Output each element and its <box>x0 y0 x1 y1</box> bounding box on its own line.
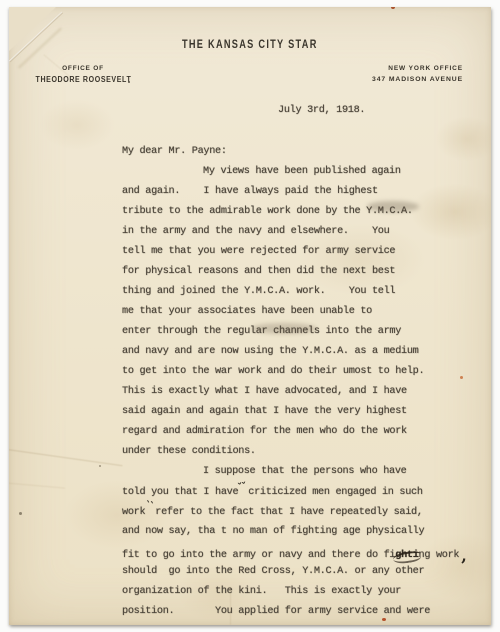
typed-line: should go into the Red Cross, Y.M.C.A. o… <box>122 562 492 582</box>
typed-text: work <box>122 507 145 518</box>
typed-text: ng work <box>419 550 460 561</box>
red-speck <box>391 5 395 9</box>
handwritten-mark: ghti <box>395 550 418 561</box>
typed-line: fit to go into the army or navy and ther… <box>122 542 492 562</box>
red-speck <box>460 376 463 379</box>
paper-crease <box>6 449 123 466</box>
typed-text: said again and again that I have the ver… <box>122 406 407 417</box>
paper-crease <box>5 482 65 488</box>
typed-text: me that your associates have been unable… <box>122 306 372 317</box>
typed-line: to get into the war work and do their um… <box>122 362 492 382</box>
typed-text: regard and admiration for the men who do… <box>122 426 407 437</box>
typed-text: I suppose that the persons who have <box>203 466 406 477</box>
typed-line: I suppose that the persons who have <box>122 462 492 482</box>
typed-text: and now say, tha t no man of fighting ag… <box>122 526 424 537</box>
ink-speck <box>19 512 22 515</box>
typed-text: and again. I have always paid the highes… <box>122 186 378 197</box>
ink-speck <box>128 81 130 83</box>
typed-line: thing and joined the Y.M.C.A. work. You … <box>122 282 492 302</box>
typed-text: should go into the Red Cross, Y.M.C.A. o… <box>122 566 424 577</box>
office-right-line2: 347 MADISON AVENUE <box>372 76 463 83</box>
typed-line: regard and admiration for the men who do… <box>122 422 492 442</box>
ink-smudge <box>251 323 317 334</box>
typed-text: told you that I have <box>122 487 238 498</box>
typed-line: in the army and the navy and elsewhere. … <box>122 222 492 242</box>
typed-text: in the army and the navy and elsewhere. … <box>122 226 389 237</box>
typed-text: to get into the war work and do their um… <box>122 366 424 377</box>
typed-text: under these conditions. <box>122 446 256 457</box>
ink-smudge <box>367 201 419 212</box>
typed-line: me that your associates have been unable… <box>122 302 492 322</box>
typed-text: My dear Mr. Payne: <box>122 146 227 157</box>
typed-line: position. You applied for army service a… <box>122 602 492 622</box>
typed-text: This is exactly what I have advocated, a… <box>122 386 407 397</box>
handwritten-mark: , <box>461 546 466 565</box>
typed-text: criticized men engaged in such <box>248 487 422 498</box>
typed-text: fit to go into the army or navy and ther… <box>122 550 395 561</box>
typed-line: under these conditions. <box>122 442 492 462</box>
office-left-block: OFFICE OF THEODORE ROOSEVELT <box>23 65 143 84</box>
typed-text: tell me that you were rejected for army … <box>122 246 395 257</box>
typed-line: organization of the kini. This is exactl… <box>122 582 492 602</box>
typed-text: refer to the fact that I have repeatedly… <box>155 507 422 518</box>
office-left-name: THEODORE ROOSEVELT <box>23 75 143 84</box>
typed-line: for physical reasons and then did the ne… <box>122 262 492 282</box>
typed-text: for physical reasons and then did the ne… <box>122 266 395 277</box>
red-speck <box>382 618 386 621</box>
typed-text: and navy and are now using the Y.M.C.A. … <box>122 346 419 357</box>
typed-text: My views have been published again <box>203 166 401 177</box>
office-left-label: OFFICE OF <box>23 65 143 72</box>
office-right-line1: NEW YORK OFFICE <box>372 65 463 72</box>
office-right-block: NEW YORK OFFICE 347 MADISON AVENUE <box>372 65 463 83</box>
typed-line: said again and again that I have the ver… <box>122 402 492 422</box>
typed-line: and again. I have always paid the highes… <box>122 182 492 202</box>
typed-text: organization of the kini. This is exactl… <box>122 586 401 597</box>
masthead-title: THE KANSAS CITY STAR <box>9 39 491 51</box>
letter-body: My dear Mr. Payne:My views have been pub… <box>122 142 492 622</box>
typed-line: My dear Mr. Payne: <box>122 142 492 162</box>
typed-line: tell me that you were rejected for army … <box>122 242 492 262</box>
ink-speck <box>99 465 101 467</box>
date-line: July 3rd, 1918. <box>278 105 365 116</box>
typed-text: thing and joined the Y.M.C.A. work. You … <box>122 286 395 297</box>
masthead-title-text: THE KANSAS CITY STAR <box>182 39 318 51</box>
typed-line: and navy and are now using the Y.M.C.A. … <box>122 342 492 362</box>
typed-line: and now say, tha t no man of fighting ag… <box>122 522 492 542</box>
typed-line: told you that I haveˇˇcriticized men eng… <box>122 482 492 502</box>
typed-line: This is exactly what I have advocated, a… <box>122 382 492 402</box>
typed-line: workˋˋrefer to the fact that I have repe… <box>122 502 492 522</box>
typed-text: position. You applied for army service a… <box>122 606 430 617</box>
letter-paper: THE KANSAS CITY STAR OFFICE OF THEODORE … <box>9 7 491 625</box>
typed-line: My views have been published again <box>122 162 492 182</box>
typed-line: tribute to the admirable work done by th… <box>122 202 492 222</box>
